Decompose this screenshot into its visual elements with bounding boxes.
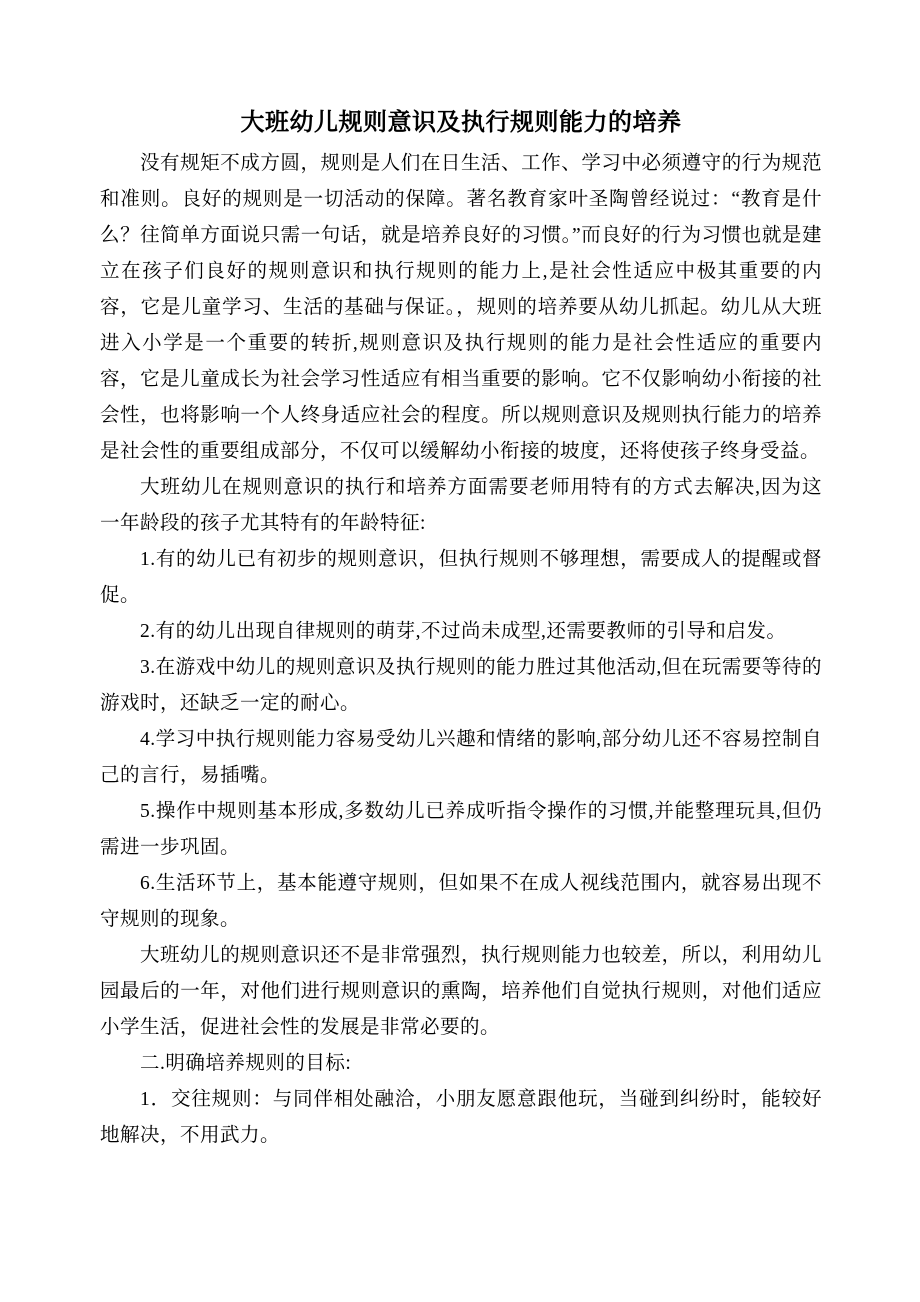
document-title: 大班幼儿规则意识及执行规则能力的培养 [100,100,822,146]
list-item-4: 4.学习中执行规则能力容易受幼儿兴趣和情绪的影响,部分幼儿还不容易控制自己的言行… [100,722,822,794]
document-page: 大班幼儿规则意识及执行规则能力的培养 没有规矩不成方圆，规则是人们在日生活、工作… [0,0,920,1302]
list-item-2: 2.有的幼儿出现自律规则的萌芽,不过尚未成型,还需要教师的引导和启发。 [100,614,822,650]
document-body: 没有规矩不成方圆，规则是人们在日生活、工作、学习中必须遵守的行为规范和准则。良好… [100,146,822,1154]
list-item-5: 5.操作中规则基本形成,多数幼儿已养成听指令操作的习惯,并能整理玩具,但仍需进一… [100,794,822,866]
paragraph-summary: 大班幼儿的规则意识还不是非常强烈，执行规则能力也较差，所以，利用幼儿园最后的一年… [100,938,822,1046]
section-heading-goals: 二.明确培养规则的目标: [100,1046,822,1082]
paragraph-age-features-lead: 大班幼儿在规则意识的执行和培养方面需要老师用特有的方式去解决,因为这一年龄段的孩… [100,470,822,542]
list-item-1: 1.有的幼儿已有初步的规则意识，但执行规则不够理想，需要成人的提醒或督促。 [100,542,822,614]
list-item-6: 6.生活环节上，基本能遵守规则，但如果不在成人视线范围内，就容易出现不守规则的现… [100,866,822,938]
goal-item-1: 1．交往规则：与同伴相处融洽，小朋友愿意跟他玩，当碰到纠纷时，能较好地解决，不用… [100,1082,822,1154]
paragraph-intro: 没有规矩不成方圆，规则是人们在日生活、工作、学习中必须遵守的行为规范和准则。良好… [100,146,822,470]
list-item-3: 3.在游戏中幼儿的规则意识及执行规则的能力胜过其他活动,但在玩需要等待的游戏时，… [100,650,822,722]
